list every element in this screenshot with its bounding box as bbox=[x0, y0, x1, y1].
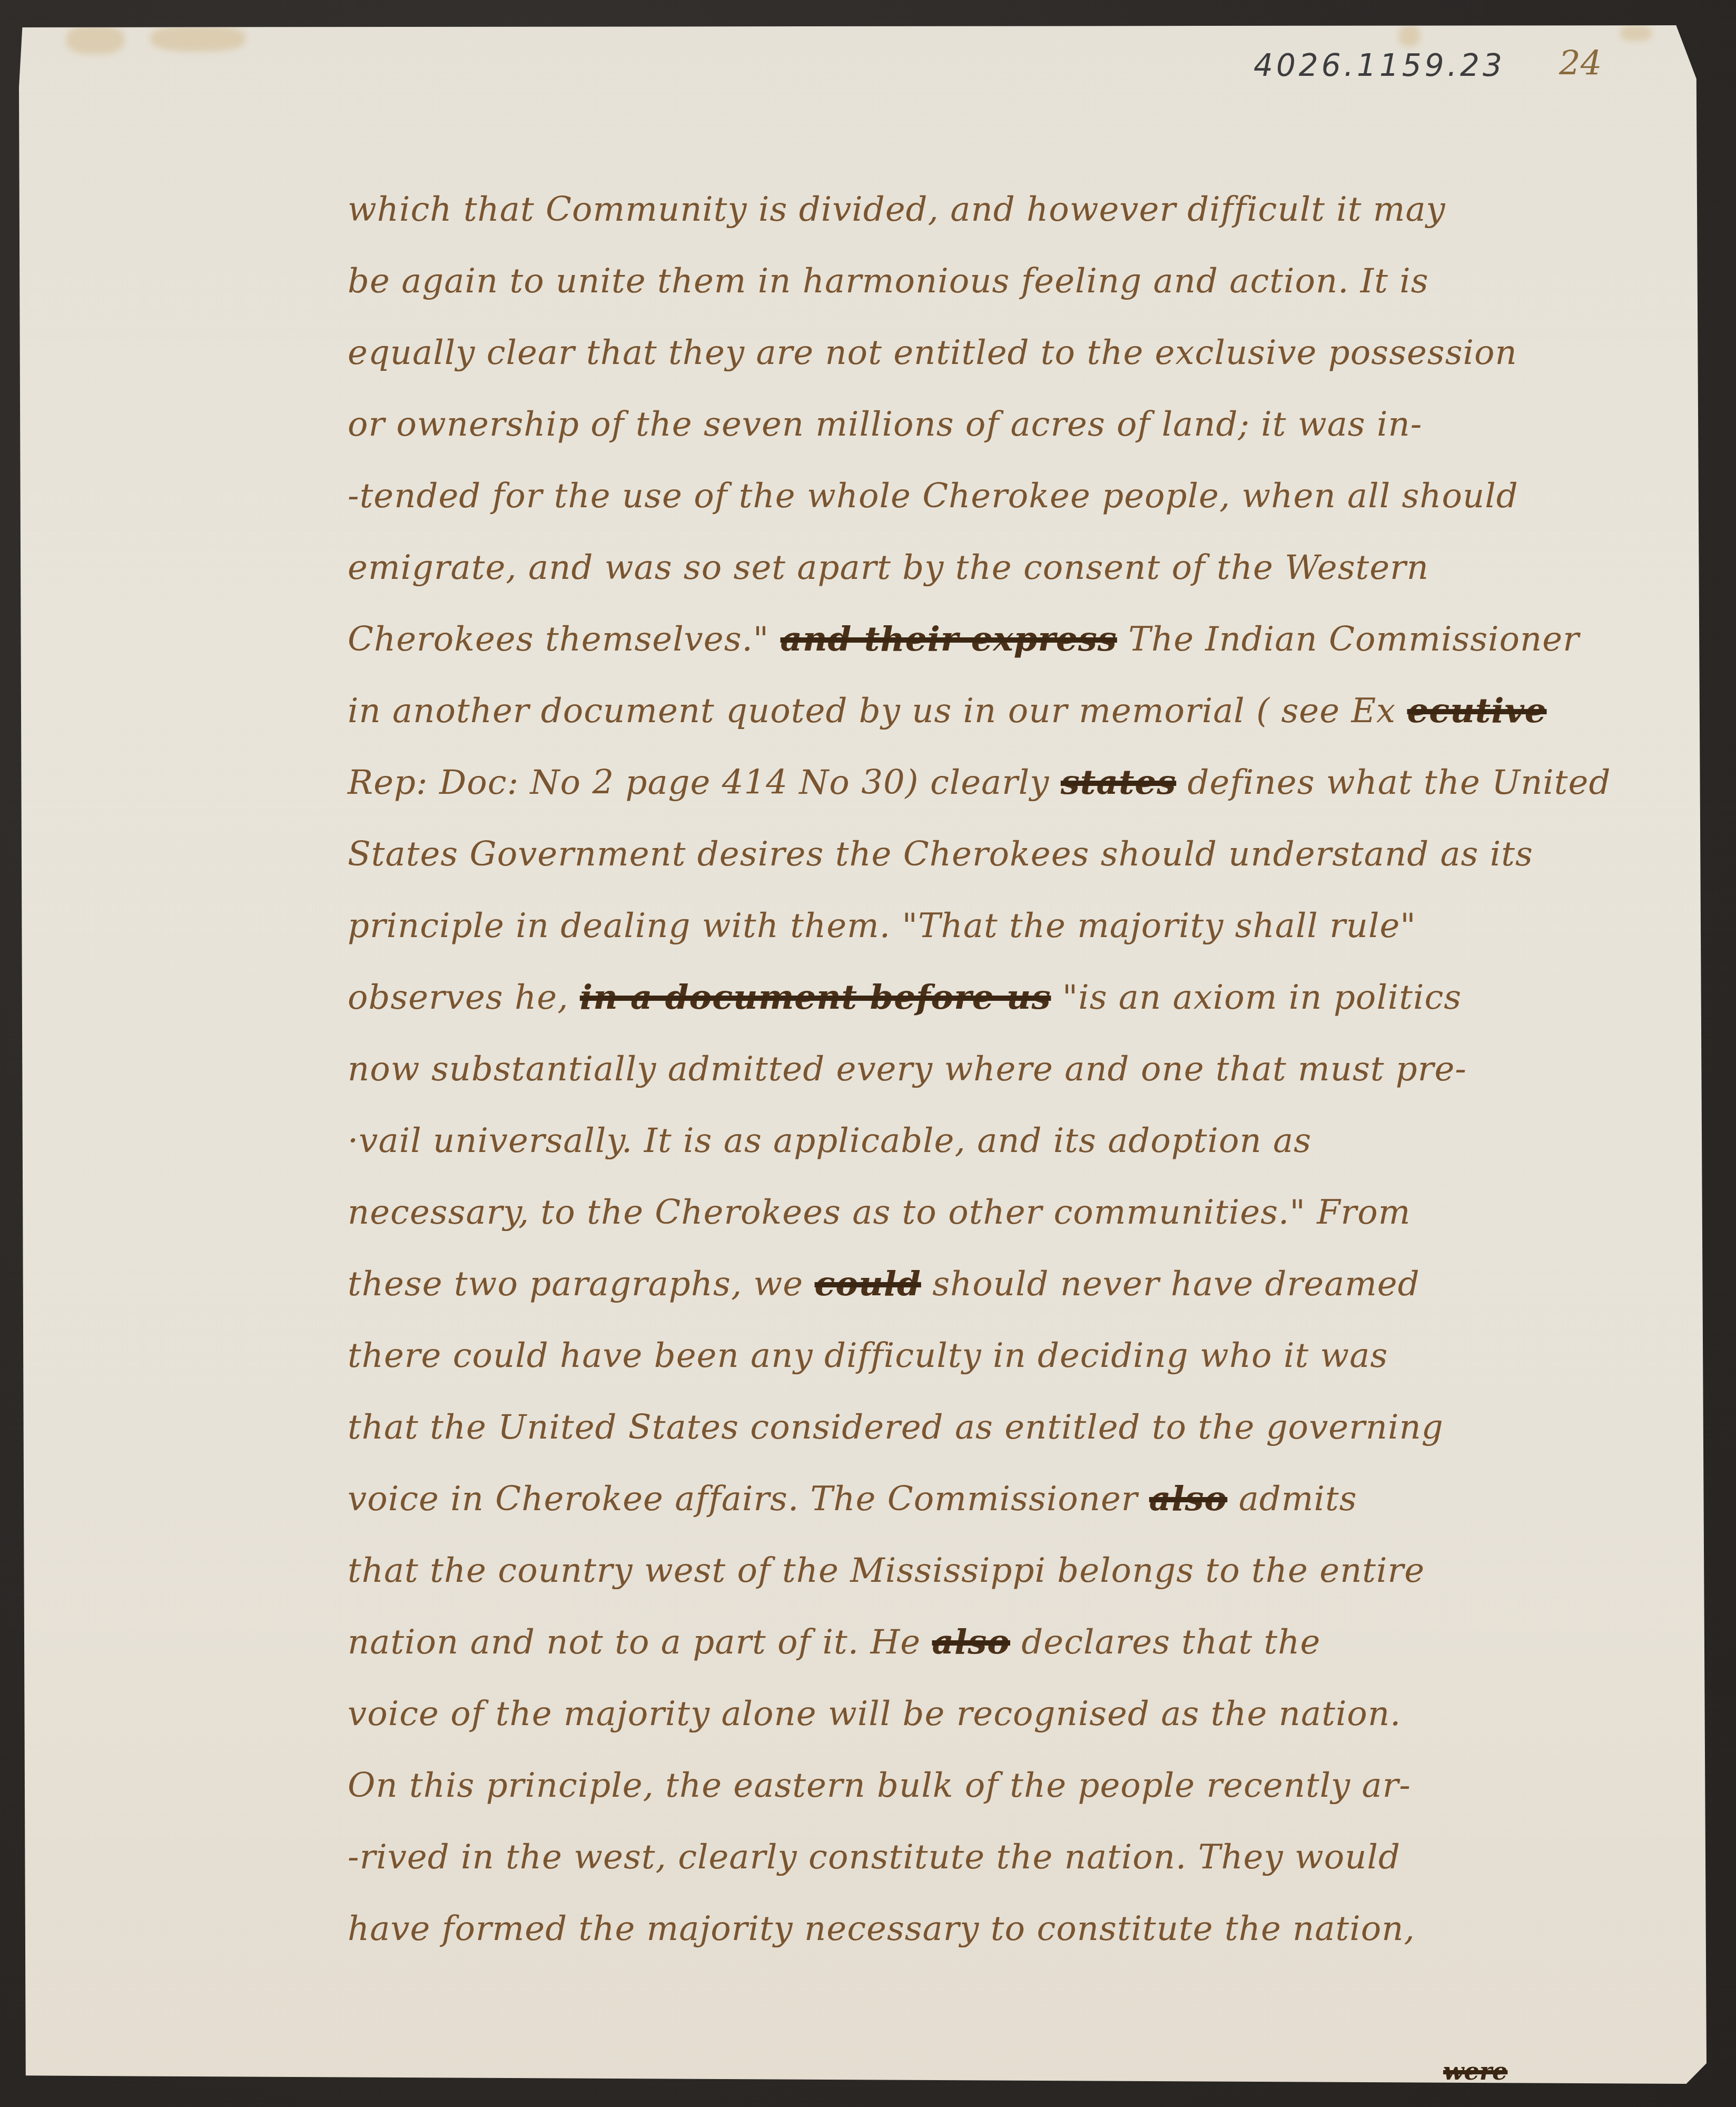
line-text: equally clear that they are not entitled… bbox=[348, 333, 1517, 372]
manuscript-line: voice in Cherokee affairs. The Commissio… bbox=[348, 1463, 1712, 1535]
paper-stain bbox=[66, 25, 124, 54]
line-text: which that Community is divided, and how… bbox=[348, 190, 1446, 229]
paper-stain bbox=[1620, 25, 1652, 41]
manuscript-line: States Government desires the Cherokees … bbox=[348, 819, 1712, 890]
line-text: necessary, to the Cherokees as to other … bbox=[348, 1193, 1410, 1232]
struck-out-text: states bbox=[1061, 763, 1176, 802]
struck-out-text: also bbox=[1149, 1479, 1228, 1519]
line-text: voice in Cherokee affairs. The Commissio… bbox=[348, 1480, 1138, 1519]
line-text: emigrate, and was so set apart by the co… bbox=[348, 548, 1429, 587]
manuscript-line: equally clear that they are not entitled… bbox=[348, 317, 1712, 389]
manuscript-line: there could have been any difficulty in … bbox=[348, 1320, 1712, 1392]
line-text: observes he, bbox=[348, 978, 568, 1017]
struck-out-text: in a document before us bbox=[580, 978, 1051, 1017]
line-text: be again to unite them in harmonious fee… bbox=[348, 262, 1429, 301]
line-text: or ownership of the seven millions of ac… bbox=[348, 405, 1422, 444]
line-text: that the United States considered as ent… bbox=[348, 1408, 1444, 1447]
manuscript-line: On this principle, the eastern bulk of t… bbox=[348, 1750, 1712, 1822]
manuscript-line: these two paragraphs, we could should ne… bbox=[348, 1248, 1712, 1320]
line-text: nation and not to a part of it. He bbox=[348, 1623, 921, 1662]
line-text: should never have dreamed bbox=[932, 1265, 1420, 1304]
line-text: States Government desires the Cherokees … bbox=[348, 835, 1533, 874]
manuscript-line: that the United States considered as ent… bbox=[348, 1392, 1712, 1463]
line-text: that the country west of the Mississippi… bbox=[348, 1551, 1425, 1590]
line-text: have formed the majority necessary to co… bbox=[348, 1909, 1415, 1948]
manuscript-line: that the country west of the Mississippi… bbox=[348, 1535, 1712, 1607]
line-text: principle in dealing with them. "That th… bbox=[348, 907, 1416, 946]
manuscript-line: -rived in the west, clearly constitute t… bbox=[348, 1822, 1712, 1893]
manuscript-line: be again to unite them in harmonious fee… bbox=[348, 245, 1712, 317]
struck-out-text: and their express bbox=[781, 619, 1117, 659]
line-text: Rep: Doc: No 2 page 414 No 30) clearly bbox=[348, 763, 1049, 802]
handwritten-text-body: which that Community is divided, and how… bbox=[348, 174, 1712, 1965]
line-text: defines what the United bbox=[1188, 763, 1611, 802]
manuscript-line: nation and not to a part of it. He also … bbox=[348, 1607, 1712, 1678]
manuscript-line: Cherokees themselves." and their express… bbox=[348, 604, 1712, 675]
struck-out-word: were bbox=[1443, 2057, 1507, 2085]
catalog-number: 4026.1159.23 bbox=[1254, 47, 1505, 83]
line-text: in another document quoted by us in our … bbox=[348, 692, 1396, 731]
manuscript-line: in another document quoted by us in our … bbox=[348, 675, 1712, 747]
manuscript-line: necessary, to the Cherokees as to other … bbox=[348, 1177, 1712, 1248]
line-text: -rived in the west, clearly constitute t… bbox=[348, 1838, 1400, 1877]
manuscript-line: or ownership of the seven millions of ac… bbox=[348, 389, 1712, 460]
manuscript-line: have formed the majority necessary to co… bbox=[348, 1893, 1712, 1965]
line-text: these two paragraphs, we bbox=[348, 1265, 803, 1304]
manuscript-line: principle in dealing with them. "That th… bbox=[348, 890, 1712, 962]
manuscript-line: Rep: Doc: No 2 page 414 No 30) clearly s… bbox=[348, 747, 1712, 819]
line-text: now substantially admitted every where a… bbox=[348, 1050, 1467, 1089]
struck-out-text: could bbox=[815, 1264, 921, 1304]
paper-stain bbox=[1399, 25, 1420, 46]
manuscript-line: which that Community is divided, and how… bbox=[348, 174, 1712, 245]
manuscript-line: emigrate, and was so set apart by the co… bbox=[348, 532, 1712, 604]
line-text: Cherokees themselves." bbox=[348, 620, 769, 659]
manuscript-line: voice of the majority alone will be reco… bbox=[348, 1678, 1712, 1750]
line-text: admits bbox=[1239, 1480, 1357, 1519]
line-text: declares that the bbox=[1021, 1623, 1320, 1662]
line-text: ·vail universally. It is as applicable, … bbox=[348, 1121, 1311, 1160]
line-text: On this principle, the eastern bulk of t… bbox=[348, 1766, 1411, 1805]
line-text: voice of the majority alone will be reco… bbox=[348, 1695, 1401, 1734]
line-text: -tended for the use of the whole Cheroke… bbox=[348, 477, 1518, 516]
paper-stain bbox=[151, 25, 245, 52]
manuscript-line: ·vail universally. It is as applicable, … bbox=[348, 1105, 1712, 1177]
line-text: there could have been any difficulty in … bbox=[348, 1336, 1388, 1375]
line-text: "is an axiom in politics bbox=[1062, 978, 1462, 1017]
struck-out-text: also bbox=[932, 1622, 1011, 1662]
manuscript-line: observes he, in a document before us "is… bbox=[348, 962, 1712, 1033]
manuscript-line: now substantially admitted every where a… bbox=[348, 1033, 1712, 1105]
line-text: The Indian Commissioner bbox=[1128, 620, 1580, 659]
manuscript-line: -tended for the use of the whole Cheroke… bbox=[348, 460, 1712, 532]
page-number: 24 bbox=[1559, 44, 1602, 83]
struck-out-text: ecutive bbox=[1407, 691, 1547, 731]
